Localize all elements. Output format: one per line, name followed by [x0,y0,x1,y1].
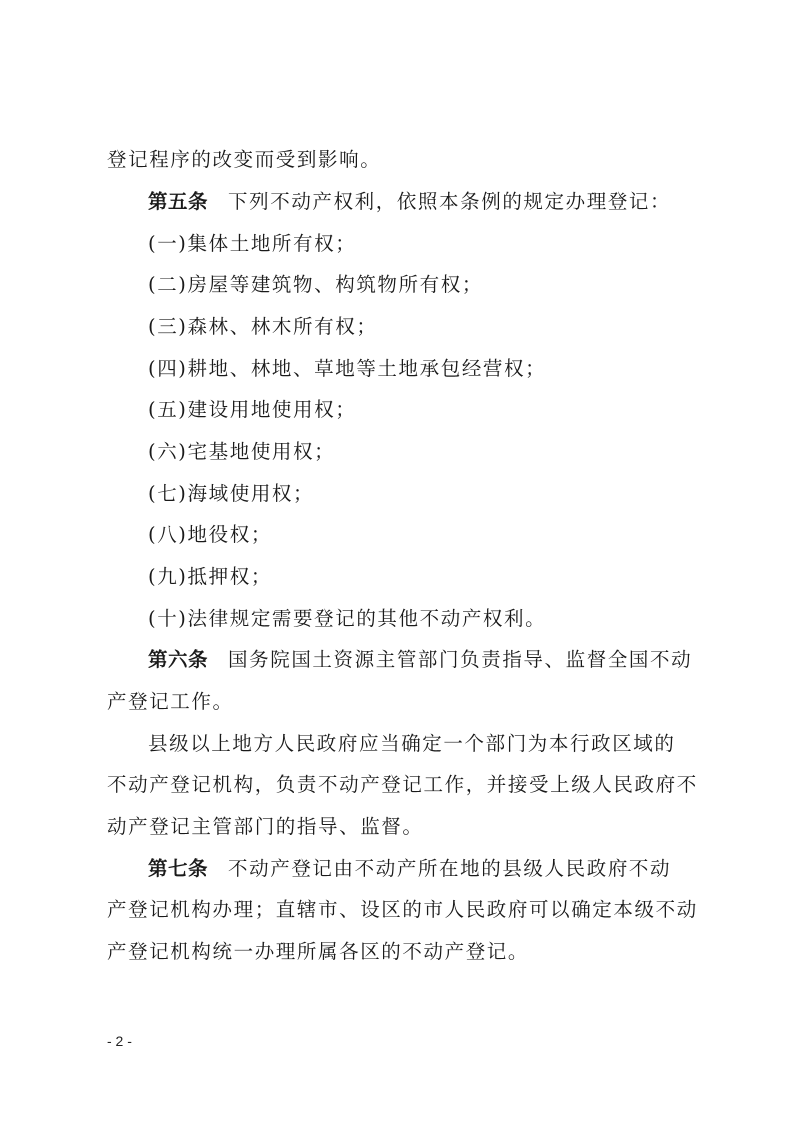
list-item: (九)抵押权； [148,565,272,589]
text-line: 产登记机构办理；直辖市、设区的市人民政府可以确定本级不动 [107,898,698,922]
paragraph-line: 县级以上地方人民政府应当确定一个部门为本行政区域的 [148,732,676,756]
text-line: 登记程序的改变而受到影响。 [107,148,381,172]
article-heading: 第六条 [148,648,208,671]
list-item: (五)建设用地使用权； [148,398,356,422]
list-item: (七)海域使用权； [148,482,314,506]
article-6: 第六条国务院国土资源主管部门负责指导、监督全国不动 [148,648,692,672]
article-text: 不动产登记由不动产所在地的县级人民政府不动 [228,857,671,880]
text-line: 产登记机构统一办理所属各区的不动产登记。 [107,940,529,964]
list-item: (八)地役权； [148,523,272,547]
text-line: 产登记工作。 [107,690,234,714]
text-line: 动产登记主管部门的指导、监督。 [107,815,424,839]
page-number: - 2 - [107,1033,132,1049]
article-text: 下列不动产权利，依照本条例的规定办理登记： [228,190,671,213]
text-line: 不动产登记机构，负责不动产登记工作，并接受上级人民政府不 [107,773,698,797]
article-heading: 第五条 [148,190,208,213]
list-item: (三)森林、林木所有权； [148,315,377,339]
list-item: (二)房屋等建筑物、构筑物所有权； [148,273,483,297]
article-7: 第七条不动产登记由不动产所在地的县级人民政府不动 [148,857,671,881]
list-item: (六)宅基地使用权； [148,440,335,464]
article-5: 第五条下列不动产权利，依照本条例的规定办理登记： [148,190,671,214]
document-page: 登记程序的改变而受到影响。 第五条下列不动产权利，依照本条例的规定办理登记： (… [0,0,793,1122]
article-text: 国务院国土资源主管部门负责指导、监督全国不动 [228,648,692,671]
list-item: (十)法律规定需要登记的其他不动产权利。 [148,607,546,631]
article-heading: 第七条 [148,857,208,880]
list-item: (四)耕地、林地、草地等土地承包经营权； [148,357,546,381]
list-item: (一)集体土地所有权； [148,232,356,256]
